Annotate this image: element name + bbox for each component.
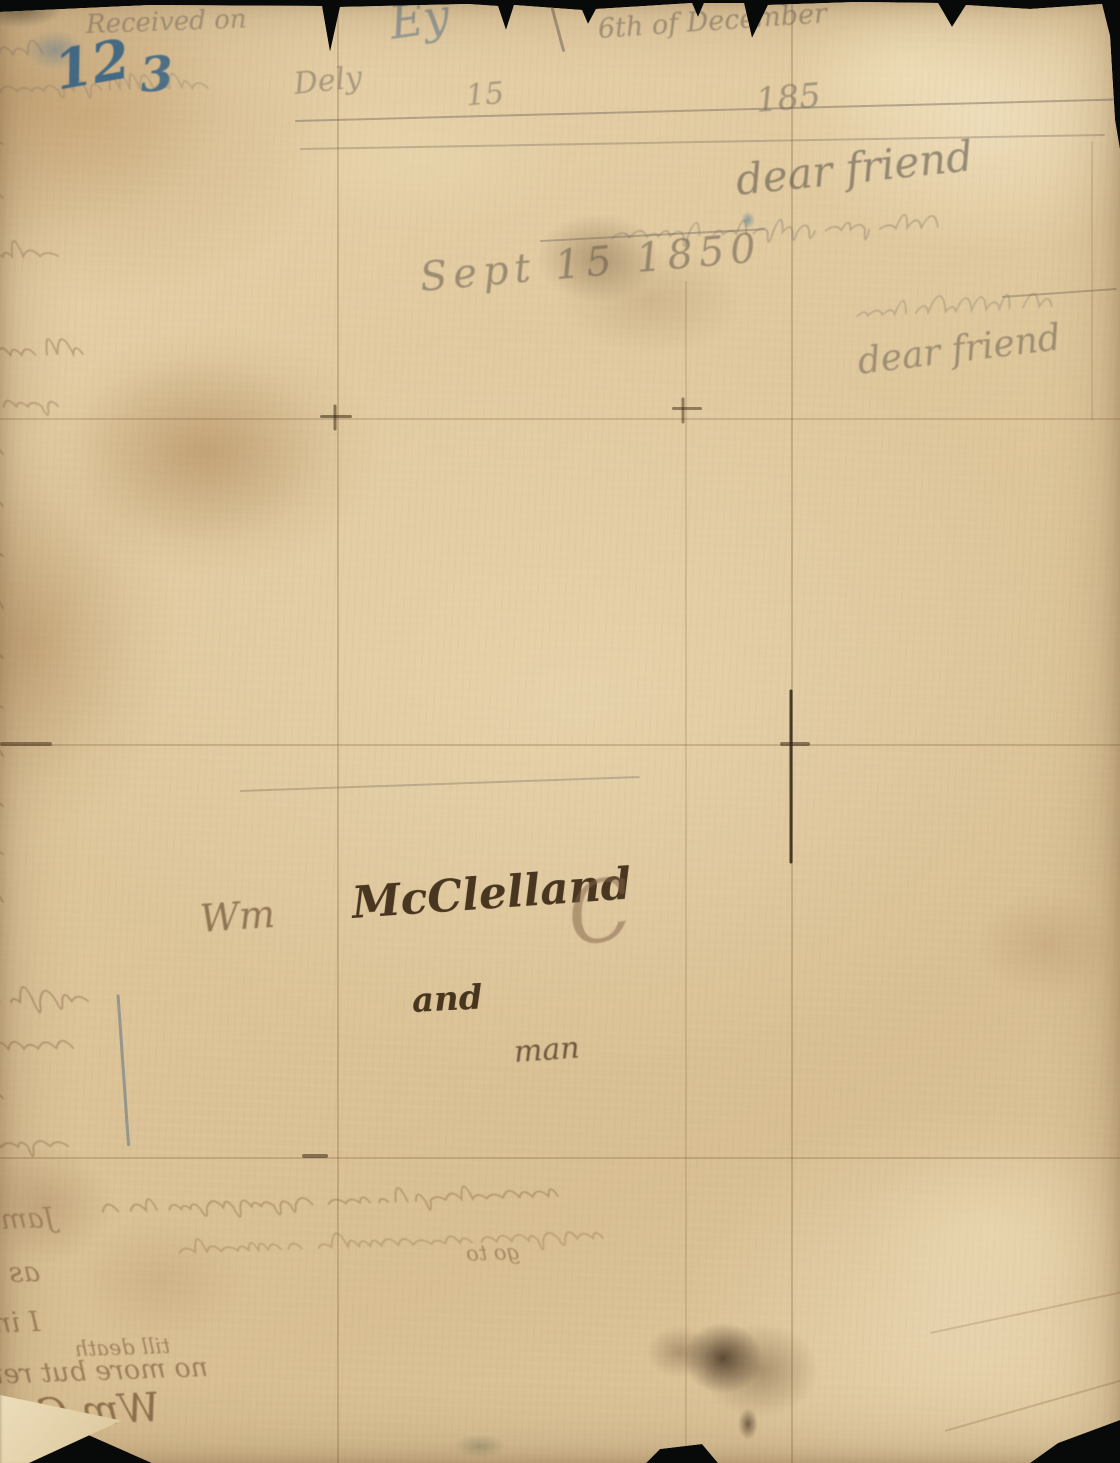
crease-or-stroke-line [117, 994, 131, 1146]
green-smudge [454, 1434, 506, 1458]
handwriting-line [200, 1222, 601, 1262]
bleed-line-forget: James Claibit he not forget to write [0, 1204, 55, 1250]
stain [975, 890, 1115, 1000]
crease-or-stroke-line [0, 418, 1120, 420]
handwriting-line [859, 290, 1050, 326]
annotation-flourish-ey: Ey [387, 0, 452, 46]
annotation-dear-friend-2: dear friend [856, 320, 1063, 381]
bleed-line-write-weekly: I intend to rite weekly to you by the so… [0, 1308, 40, 1356]
annotation-and: and [411, 980, 483, 1018]
stain [70, 1215, 250, 1345]
crease-or-stroke-line [672, 407, 702, 410]
crease-or-stroke-line [302, 1154, 328, 1158]
paper-texture [0, 0, 1120, 1463]
annotation-man: man [513, 1033, 581, 1068]
crease-or-stroke-line [790, 690, 793, 864]
stain [70, 355, 330, 545]
blot-tail [646, 1326, 714, 1378]
annotation-date-sept: Sept 15 1850 [418, 228, 763, 298]
annotation-185: 185 [755, 78, 823, 118]
stain [555, 245, 745, 355]
name-mcclelland: McClelland [350, 863, 632, 926]
annotation-dely: Dely [292, 63, 363, 100]
handwriting-line [615, 212, 916, 248]
annotation-dear-friend-1: dear friend [734, 135, 975, 202]
handwriting-line [0, 338, 80, 382]
letter-paper: Received on6th of DecemberEy123Dely15185… [0, 0, 1120, 1463]
crease-or-stroke-line [685, 281, 687, 1463]
light-patch [860, 1140, 1120, 1320]
crease-or-stroke-line [0, 742, 52, 746]
annotation-received: Received on [86, 6, 247, 38]
ink-blot-drip [738, 1408, 758, 1440]
light-patch [785, 0, 1025, 140]
stain [536, 213, 660, 303]
stain [0, 0, 230, 240]
blue-number-3: 3 [138, 50, 175, 100]
blue-number-12: 12 [50, 31, 133, 97]
crease-or-stroke-line [1091, 141, 1093, 421]
bleed-no-more: no more but remain yours [0, 1354, 208, 1393]
crease-or-stroke-line [551, 7, 566, 52]
crease-or-stroke-line [295, 98, 1120, 122]
crease-or-stroke-line [320, 415, 352, 418]
crease-or-stroke-line [300, 134, 1105, 150]
annotation-december: 6th of December [597, 0, 828, 43]
stain [0, 1145, 115, 1265]
handwriting-line [0, 390, 55, 431]
handwriting-line [0, 38, 40, 69]
crease-or-stroke-line [791, 1, 793, 1463]
crease-or-stroke-line [334, 405, 337, 431]
light-patch [270, 90, 570, 230]
handwriting-line [0, 240, 55, 275]
ink-blot-halo [700, 1322, 820, 1418]
handwriting-line [0, 985, 85, 1029]
crease-or-stroke-line [337, 1, 339, 1463]
crease-or-stroke-line [540, 228, 765, 242]
handwriting-line [0, 1130, 65, 1174]
bleed-go-to: go to [466, 1242, 521, 1265]
crease-or-stroke-line [780, 742, 810, 746]
annotation-wm: Wm [199, 895, 277, 938]
handwriting-line [0, 1032, 70, 1076]
bleed-till-death: till death [74, 1336, 170, 1360]
dark-smudge [0, 0, 64, 28]
crease-or-stroke-line [240, 776, 640, 792]
crease-or-stroke-line [682, 398, 685, 424]
bleed-line-pleasures: as a letter would give more pleasures th… [0, 1258, 40, 1307]
handwriting-line [125, 1180, 556, 1221]
blue-speck [741, 211, 755, 229]
annotation-flourish-c: C [561, 865, 639, 959]
crease-or-stroke-line [945, 1375, 1120, 1432]
stain [0, 490, 135, 790]
ink-blot [683, 1322, 763, 1394]
crease-or-stroke-line [930, 1287, 1120, 1334]
crease-or-stroke-line [1002, 288, 1117, 298]
crease-or-stroke-line [0, 744, 1120, 746]
annotation-15: 15 [465, 79, 506, 112]
crease-or-stroke-line [0, 1157, 1120, 1159]
handwriting-line [0, 72, 205, 104]
letter-scan: Received on6th of DecemberEy123Dely15185… [0, 0, 1120, 1463]
blue-smudge [25, 30, 85, 70]
